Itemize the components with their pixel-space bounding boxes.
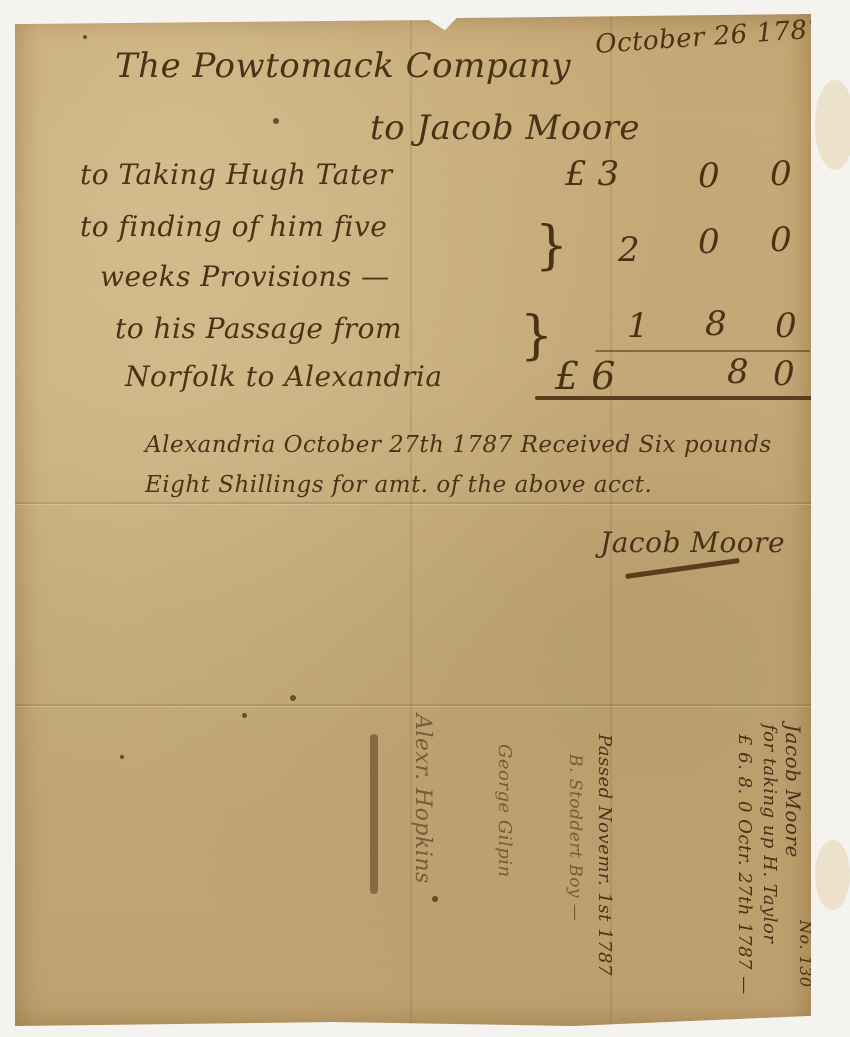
docket-col1: Jacob Moore	[781, 724, 805, 858]
document-date: October 26 1787	[594, 14, 825, 60]
fold-line	[15, 502, 811, 504]
docket-block: Jacob Moore	[781, 724, 805, 858]
total-shillings: 8	[727, 352, 749, 392]
docket-signer-hopkins: Alexr. Hopkins	[410, 714, 435, 884]
entry-2-line-2: weeks Provisions —	[100, 260, 390, 293]
docket-block: Alexr. Hopkins	[410, 714, 435, 884]
entry-3-shillings: 8	[705, 304, 727, 344]
entry-3-line-1: to his Passage from	[115, 312, 402, 345]
water-stain	[815, 80, 850, 170]
docket-col1b: for taking up H. Taylor	[759, 724, 780, 943]
ink-spot	[432, 896, 438, 902]
entry-1-shillings: 0	[698, 156, 720, 196]
docket-block: £ 6. 8. 0 Octr. 27th 1787 —	[734, 734, 755, 995]
entry-2-line-1: to finding of him five	[80, 210, 387, 243]
docket-block: Passed Novemr. 1st 1787	[594, 734, 615, 976]
docket-passed: Passed Novemr. 1st 1787	[594, 734, 615, 976]
entry-1-pence: 0	[770, 154, 792, 194]
sum-rule	[595, 350, 810, 352]
ink-spot	[120, 755, 124, 759]
docket-block: B. Stoddert Boy —	[565, 754, 585, 921]
receipt-line-2: Eight Shillings for amt. of the above ac…	[145, 472, 652, 498]
docket-passed-signer: B. Stoddert Boy —	[565, 754, 585, 921]
ink-smear	[370, 734, 378, 894]
docket-block: for taking up H. Taylor	[759, 724, 780, 943]
ink-spot	[242, 713, 247, 718]
water-stain	[815, 840, 850, 910]
document-paper: The Powtomack Company October 26 1787 to…	[15, 14, 811, 1026]
to-line: to Jacob Moore	[370, 108, 640, 148]
brace: }	[535, 220, 568, 272]
docket-signer-gilpin: George Gilpin	[494, 744, 515, 878]
ink-spot	[83, 35, 87, 39]
docket-block: No. 130	[796, 920, 815, 988]
ink-spot	[273, 118, 279, 124]
total-pounds: £ 6	[555, 354, 615, 398]
docket-block: George Gilpin	[494, 744, 515, 878]
total-pence: 0	[773, 354, 795, 394]
entry-2-shillings: 0	[698, 222, 720, 262]
entry-3-line-2: Norfolk to Alexandria	[125, 360, 443, 393]
docket-col1c: £ 6. 8. 0 Octr. 27th 1787 —	[734, 734, 755, 995]
entry-3-pence: 0	[775, 306, 797, 346]
entry-3-pounds: 1	[627, 306, 649, 346]
receipt-line-1: Alexandria October 27th 1787 Received Si…	[145, 432, 772, 458]
total-rule	[535, 396, 815, 400]
entry-1-line-1: to Taking Hugh Tater	[80, 158, 393, 191]
entry-2-pence: 0	[770, 220, 792, 260]
payer-name: The Powtomack Company	[115, 46, 571, 86]
brace: }	[520, 310, 553, 362]
entry-2-pounds: 2	[618, 230, 640, 270]
fold-line	[15, 704, 811, 706]
docket-number: No. 130	[796, 920, 815, 988]
signature-flourish	[625, 558, 740, 579]
ink-spot	[290, 695, 296, 701]
entry-1-pounds: £ 3	[565, 154, 619, 194]
signature: Jacob Moore	[600, 526, 785, 559]
